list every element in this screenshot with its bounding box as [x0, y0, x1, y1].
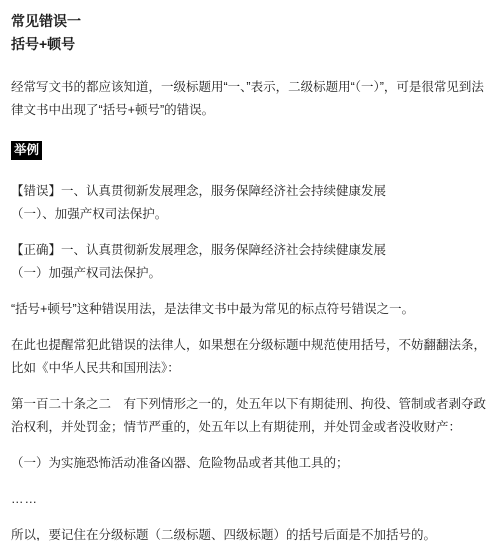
law-article-paragraph: 第一百二十条之二 有下列情形之一的，处五年以下有期徒刑、拘役、管制或者剥夺政治权… [11, 393, 488, 439]
comment-paragraph: “括号+顿号”这种错误用法，是法律文书中最为常见的标点符号错误之一。 [11, 298, 488, 321]
reminder-paragraph: 在此也提醒常犯此错误的法律人，如果想在分级标题中规范使用括号，不妨翻翻法条，比如… [11, 334, 488, 380]
example-badge: 举例 [11, 141, 42, 160]
intro-paragraph: 经常写文书的都应该知道，一级标题用“一、”表示，二级标题用“（一）”，可是很常见… [11, 76, 488, 122]
wrong-example-line-1: 【错误】一、认真贯彻新发展理念，服务保障经济社会持续健康发展 [11, 184, 386, 198]
heading-line-1: 常见错误一 [11, 10, 488, 33]
right-example-line-1: 【正确】一、认真贯彻新发展理念，服务保障经济社会持续健康发展 [11, 243, 386, 257]
right-example-line-2: （一）加强产权司法保护。 [11, 266, 161, 280]
wrong-example-line-2: （一）、加强产权司法保护。 [11, 207, 167, 221]
example-badge-row: 举例 [11, 139, 488, 162]
article-body: 常见错误一 括号+顿号 经常写文书的都应该知道，一级标题用“一、”表示，二级标题… [11, 10, 488, 541]
law-item-paragraph: （一）为实施恐怖活动准备凶器、危险物品或者其他工具的； [11, 452, 488, 475]
article-heading: 常见错误一 括号+顿号 [11, 10, 488, 56]
article-page: { "document": { "heading": { "line1": "常… [0, 0, 500, 541]
wrong-example-block: 【错误】一、认真贯彻新发展理念，服务保障经济社会持续健康发展 （一）、加强产权司… [11, 180, 488, 226]
ellipsis-line: …… [11, 488, 488, 511]
heading-line-2: 括号+顿号 [11, 33, 488, 56]
conclusion-paragraph: 所以，要记住在分级标题（二级标题、四级标题）的括号后面是不加括号的。 [11, 524, 488, 541]
right-example-block: 【正确】一、认真贯彻新发展理念，服务保障经济社会持续健康发展 （一）加强产权司法… [11, 239, 488, 285]
